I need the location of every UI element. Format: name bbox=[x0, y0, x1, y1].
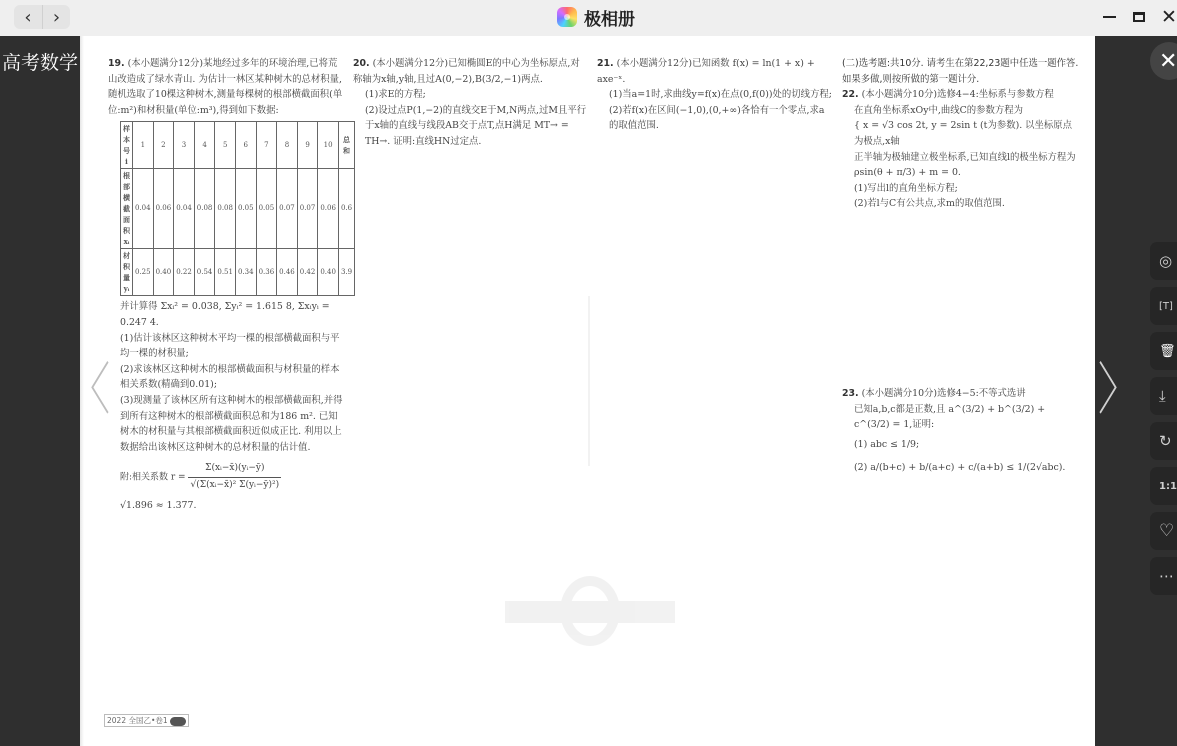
part-2: (2)若f(x)在区间(−1,0),(0,+∞)各恰有一个零点,求a的取值范围. bbox=[597, 103, 833, 134]
question-number: 19. bbox=[108, 58, 125, 69]
table-cell: 0.06 bbox=[153, 169, 174, 249]
part-1: (1)估计该林区这种树木平均一棵的根部横截面积与平均一棵的材积量; bbox=[108, 331, 344, 362]
question-body: 正半轴为极轴建立极坐标系,已知直线l的极坐标方程为 ρsin(θ + π/3) … bbox=[842, 150, 1080, 181]
formula-label: 附:相关系数 r = bbox=[120, 473, 186, 483]
calculation-text: 并计算得 Σxᵢ² = 0.038, Σyᵢ² = 1.615 8, Σxᵢyᵢ… bbox=[108, 299, 344, 330]
table-cell: 0.40 bbox=[153, 249, 174, 296]
table-header: 8 bbox=[277, 122, 298, 169]
fold-line bbox=[588, 296, 590, 466]
table-cell: 0.42 bbox=[297, 249, 318, 296]
table-header: 7 bbox=[256, 122, 277, 169]
download-icon: ⤓ bbox=[1159, 387, 1166, 405]
part-2: (2)设过点P(1,−2)的直线交E于M,N两点,过M且平行于x轴的直线与线段A… bbox=[353, 103, 589, 150]
question-number: 21. bbox=[597, 58, 614, 69]
close-window-button[interactable]: ✕ bbox=[1155, 4, 1177, 30]
chevron-left-icon: 〈 bbox=[70, 359, 110, 423]
part-1: (1) abc ≤ 1/9; bbox=[842, 437, 1080, 453]
table-cell: 0.51 bbox=[215, 249, 236, 296]
close-icon: ✕ bbox=[1161, 8, 1177, 27]
rotate-icon: ↻ bbox=[1159, 432, 1172, 450]
table-header: 5 bbox=[215, 122, 236, 169]
part-2: (2) a/(b+c) + b/(a+c) + c/(a+b) ≤ 1/(2√a… bbox=[842, 460, 1080, 476]
image-viewer: 高考数学1 19. (本小题满分12分)某地经过多年的环境治理,已将荒山改造成了… bbox=[0, 36, 1177, 746]
question-intro: (本小题满分10分)选修4−5:不等式选讲 bbox=[862, 388, 1026, 399]
table-cell: 0.6 bbox=[338, 169, 354, 249]
question-body: 在直角坐标系xOy中,曲线C的参数方程为 bbox=[842, 103, 1080, 119]
table-cell: 0.54 bbox=[194, 249, 215, 296]
table-header: 6 bbox=[235, 122, 256, 169]
history-nav: ‹ › bbox=[14, 5, 70, 29]
table-cell: 0.07 bbox=[297, 169, 318, 249]
photo-page[interactable]: 19. (本小题满分12分)某地经过多年的环境治理,已将荒山改造成了绿水青山. … bbox=[80, 36, 1095, 746]
table-cell: 根部横截面积xᵢ bbox=[121, 169, 133, 249]
actual-size-button[interactable]: 1:1 bbox=[1150, 467, 1177, 505]
table-cell: 0.08 bbox=[215, 169, 236, 249]
table-cell: 0.25 bbox=[133, 249, 154, 296]
heart-icon: ♡ bbox=[1159, 521, 1174, 541]
table-header: 9 bbox=[297, 122, 318, 169]
table-header: 1 bbox=[133, 122, 154, 169]
footer-badge bbox=[170, 717, 186, 726]
question-19: 19. (本小题满分12分)某地经过多年的环境治理,已将荒山改造成了绿水青山. … bbox=[108, 56, 344, 513]
maximize-icon bbox=[1133, 12, 1145, 22]
table-cell: 0.46 bbox=[277, 249, 298, 296]
close-viewer-button[interactable]: ✕ bbox=[1150, 42, 1177, 80]
chevron-left-icon: ‹ bbox=[24, 7, 31, 28]
equation-line: y = 2sin t bbox=[931, 120, 977, 131]
sqrt-note: √1.896 ≈ 1.377. bbox=[108, 498, 344, 514]
correlation-formula: 附:相关系数 r = Σ(xᵢ−x̄)(yᵢ−ȳ) √(Σ(xᵢ−x̄)² Σ(… bbox=[120, 461, 344, 493]
question-21: 21. (本小题满分12分)已知函数 f(x) = ln(1 + x) + ax… bbox=[597, 56, 833, 134]
rotate-button[interactable]: ↻ bbox=[1150, 422, 1177, 460]
delete-button[interactable]: 🗑 bbox=[1150, 332, 1177, 370]
formula-numerator: Σ(xᵢ−x̄)(yᵢ−ȳ) bbox=[188, 461, 281, 478]
table-header: 3 bbox=[174, 122, 195, 169]
question-number: 20. bbox=[353, 58, 370, 69]
table-cell: 0.05 bbox=[235, 169, 256, 249]
page-footer: 2022 全国乙•卷1 bbox=[104, 714, 189, 727]
question-body: 已知a,b,c都是正数,且 a^(3/2) + b^(3/2) + c^(3/2… bbox=[842, 402, 1080, 433]
footer-text: 2022 全国乙•卷1 bbox=[107, 716, 168, 725]
table-cell: 0.07 bbox=[277, 169, 298, 249]
more-button[interactable]: ⋯ bbox=[1150, 557, 1177, 595]
close-icon: ✕ bbox=[1159, 49, 1177, 74]
favorite-button[interactable]: ♡ bbox=[1150, 512, 1177, 550]
app-title: 极相册 bbox=[557, 5, 635, 29]
table-cell: 0.08 bbox=[194, 169, 215, 249]
watermark-logo bbox=[505, 571, 675, 651]
part-2: (2)若l与C有公共点,求m的取值范围. bbox=[842, 196, 1080, 212]
parametric-equation: { x = √3 cos 2t, y = 2sin t (t为参数). 以坐标原… bbox=[842, 118, 1080, 149]
table-cell: 0.04 bbox=[133, 169, 154, 249]
ocr-search-button[interactable]: ◎ bbox=[1150, 242, 1177, 280]
part-1: (1)写出l的直角坐标方程; bbox=[842, 181, 1080, 197]
formula-denominator: √(Σ(xᵢ−x̄)² Σ(yᵢ−ȳ)²) bbox=[188, 478, 281, 494]
part-2: (2)求该林区这种树木的根部横截面积与材积量的样本相关系数(精确到0.01); bbox=[108, 362, 344, 393]
minimize-button[interactable] bbox=[1095, 4, 1123, 30]
table-header: 2 bbox=[153, 122, 174, 169]
part-1: (1)求E的方程; bbox=[353, 87, 589, 103]
app-logo-icon bbox=[557, 7, 577, 27]
download-button[interactable]: ⤓ bbox=[1150, 377, 1177, 415]
text-recognition-icon: [T] bbox=[1159, 301, 1173, 312]
forward-button[interactable]: › bbox=[42, 5, 70, 29]
table-header: 10 bbox=[318, 122, 339, 169]
table-row: 根部横截面积xᵢ 0.04 0.06 0.04 0.08 0.08 0.05 0… bbox=[121, 169, 355, 249]
chevron-right-icon: 〉 bbox=[1098, 359, 1138, 423]
table-cell: 0.34 bbox=[235, 249, 256, 296]
viewer-toolbar: ◎ [T] 🗑 ⤓ ↻ 1:1 ♡ ⋯ bbox=[1150, 242, 1177, 602]
question-23: 23. (本小题满分10分)选修4−5:不等式选讲 已知a,b,c都是正数,且 … bbox=[842, 386, 1080, 476]
maximize-button[interactable] bbox=[1125, 4, 1153, 30]
chevron-right-icon: › bbox=[53, 7, 60, 28]
trash-icon: 🗑 bbox=[1159, 344, 1176, 359]
question-intro: (本小题满分12分)某地经过多年的环境治理,已将荒山改造成了绿水青山. 为估计一… bbox=[108, 58, 342, 116]
question-intro: (本小题满分12分)已知函数 f(x) = ln(1 + x) + axe⁻ˣ. bbox=[597, 58, 815, 85]
table-header: 样本号i bbox=[121, 122, 133, 169]
question-20: 20. (本小题满分12分)已知椭圆E的中心为坐标原点,对称轴为x轴,y轴,且过… bbox=[353, 56, 589, 150]
formula-fraction: Σ(xᵢ−x̄)(yᵢ−ȳ) √(Σ(xᵢ−x̄)² Σ(yᵢ−ȳ)²) bbox=[188, 461, 281, 493]
file-title: 高考数学1 bbox=[2, 48, 80, 75]
previous-image-button[interactable]: 〈 bbox=[70, 356, 90, 426]
table-header: 4 bbox=[194, 122, 215, 169]
table-cell: 材积量yᵢ bbox=[121, 249, 133, 296]
table-cell: 0.40 bbox=[318, 249, 339, 296]
question-intro: (本小题满分10分)选修4−4:坐标系与参数方程 bbox=[862, 89, 1054, 100]
part-3: (3)现测量了该林区所有这种树木的根部横截面积,并得到所有这种树木的根部横截面积… bbox=[108, 393, 344, 455]
table-cell: 0.05 bbox=[256, 169, 277, 249]
equation-line: x = √3 cos 2t, bbox=[863, 120, 928, 131]
text-extract-button[interactable]: [T] bbox=[1150, 287, 1177, 325]
question-number: 23. bbox=[842, 388, 859, 399]
elective-header: (二)选考题:共10分. 请考生在第22,23题中任选一题作答. 如果多做,则按… bbox=[842, 56, 1080, 87]
table-cell: 0.36 bbox=[256, 249, 277, 296]
question-number: 22. bbox=[842, 89, 859, 100]
question-22: (二)选考题:共10分. 请考生在第22,23题中任选一题作答. 如果多做,则按… bbox=[842, 56, 1080, 212]
table-cell: 0.04 bbox=[174, 169, 195, 249]
more-icon: ⋯ bbox=[1159, 567, 1174, 585]
back-button[interactable]: ‹ bbox=[14, 5, 42, 29]
table-cell: 0.06 bbox=[318, 169, 339, 249]
table-cell: 0.22 bbox=[174, 249, 195, 296]
question-intro: (本小题满分12分)已知椭圆E的中心为坐标原点,对称轴为x轴,y轴,且过A(0,… bbox=[353, 58, 580, 85]
minimize-icon bbox=[1103, 16, 1116, 18]
part-1: (1)当a=1时,求曲线y=f(x)在点(0,f(0))处的切线方程; bbox=[597, 87, 833, 103]
one-to-one-icon: 1:1 bbox=[1159, 481, 1177, 492]
title-bar: ‹ › 极相册 ✕ bbox=[0, 0, 1177, 36]
data-table: 样本号i 1 2 3 4 5 6 7 8 9 10 总和 根部横截面积xᵢ 0.… bbox=[120, 121, 355, 296]
app-name: 极相册 bbox=[584, 5, 635, 30]
table-row: 材积量yᵢ 0.25 0.40 0.22 0.54 0.51 0.34 0.36… bbox=[121, 249, 355, 296]
search-scan-icon: ◎ bbox=[1159, 252, 1172, 270]
table-cell: 3.9 bbox=[338, 249, 354, 296]
next-image-button[interactable]: 〉 bbox=[1098, 356, 1118, 426]
